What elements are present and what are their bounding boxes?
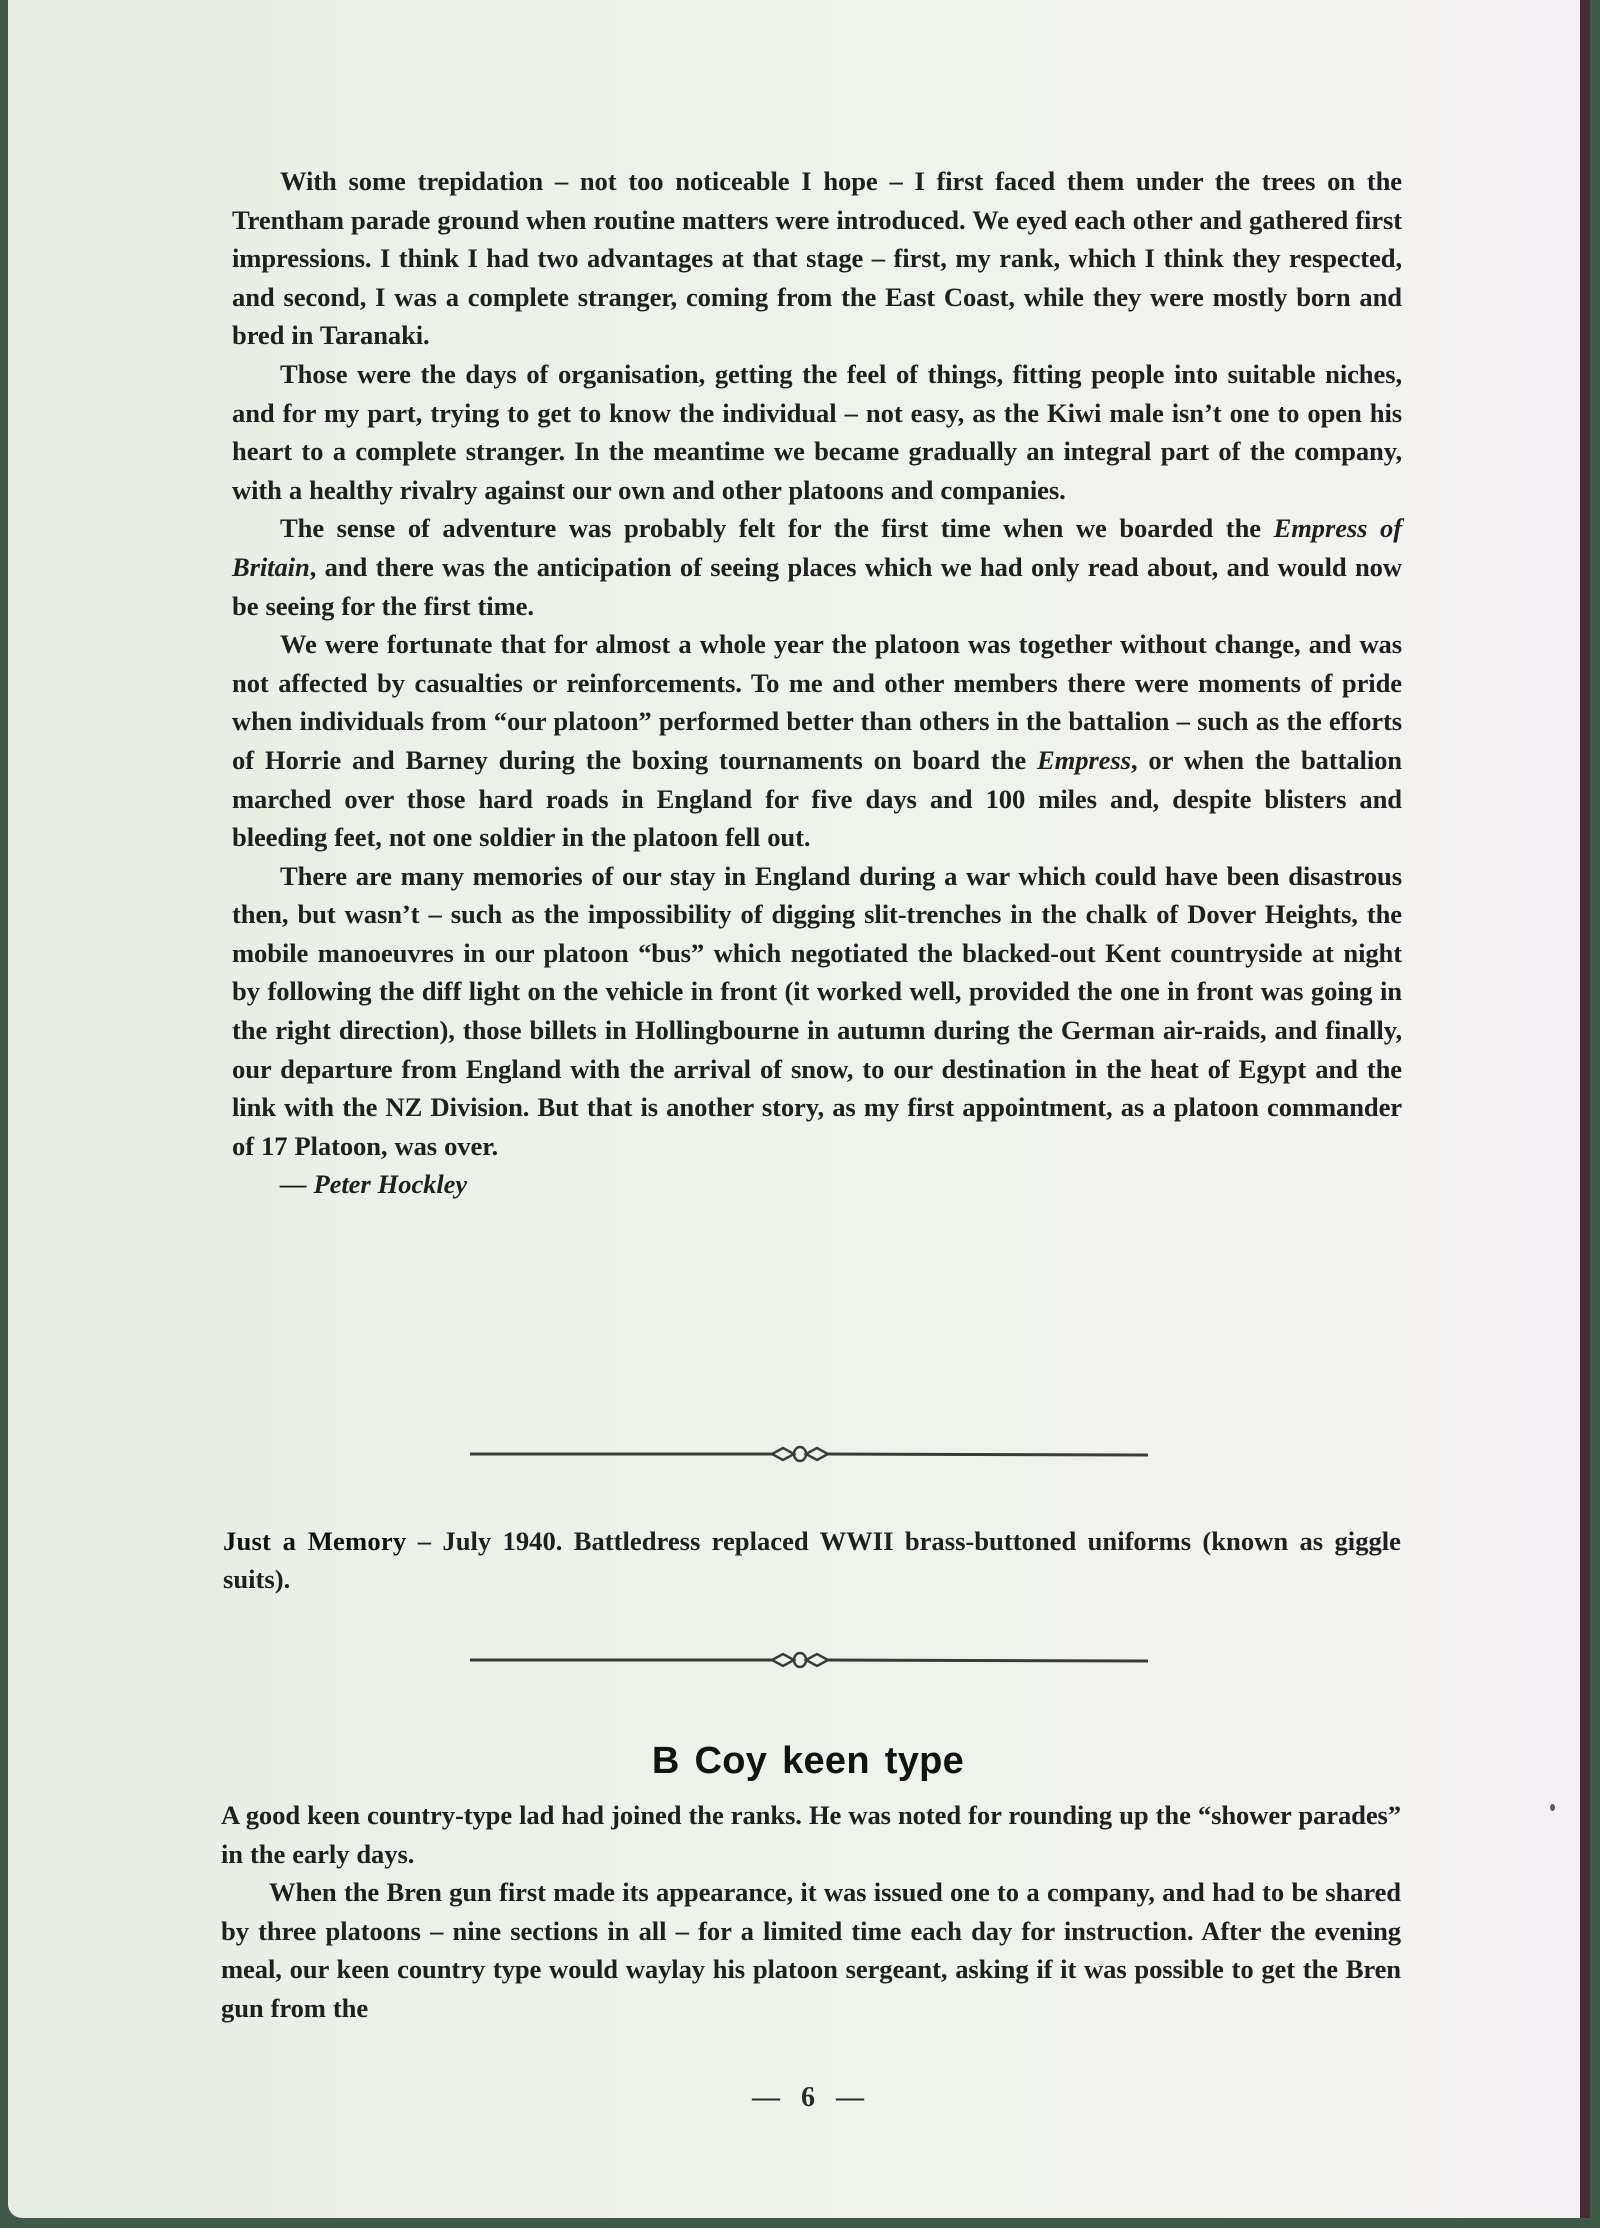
paper-speck [1550, 1804, 1555, 1811]
paragraph-3: The sense of adventure was probably felt… [232, 509, 1402, 625]
caption-lead: Just a Memory [223, 1526, 406, 1556]
ornamental-divider-icon [470, 1650, 1148, 1670]
paragraph-2: Those were the days of organisation, get… [232, 355, 1402, 509]
article-body: With some trepidation – not too noticeab… [232, 162, 1402, 1204]
author-signature: — Peter Hockley [232, 1165, 1402, 1204]
page-number: — 6 — [8, 2082, 1600, 2114]
document-page: With some trepidation – not too noticeab… [8, 0, 1590, 2218]
section-body: A good keen country-type lad had joined … [221, 1796, 1401, 2028]
paragraph-1: With some trepidation – not too noticeab… [232, 162, 1402, 355]
paragraph-4: We were fortunate that for almost a whol… [232, 625, 1402, 857]
ornamental-divider-icon [470, 1444, 1148, 1464]
section-heading: B Coy keen type [8, 1740, 1600, 1783]
paragraph-5: There are many memories of our stay in E… [232, 857, 1402, 1166]
photo-caption: Just a Memory – July 1940. Battledress r… [223, 1522, 1401, 1598]
paragraph-3-text-end: , and there was the anticipation of seei… [232, 552, 1402, 621]
section-paragraph-1: A good keen country-type lad had joined … [221, 1796, 1401, 1873]
ship-name-short: Empress [1037, 745, 1131, 775]
section-paragraph-2: When the Bren gun first made its appeara… [221, 1873, 1401, 2027]
paragraph-3-text: The sense of adventure was probably felt… [280, 513, 1274, 543]
